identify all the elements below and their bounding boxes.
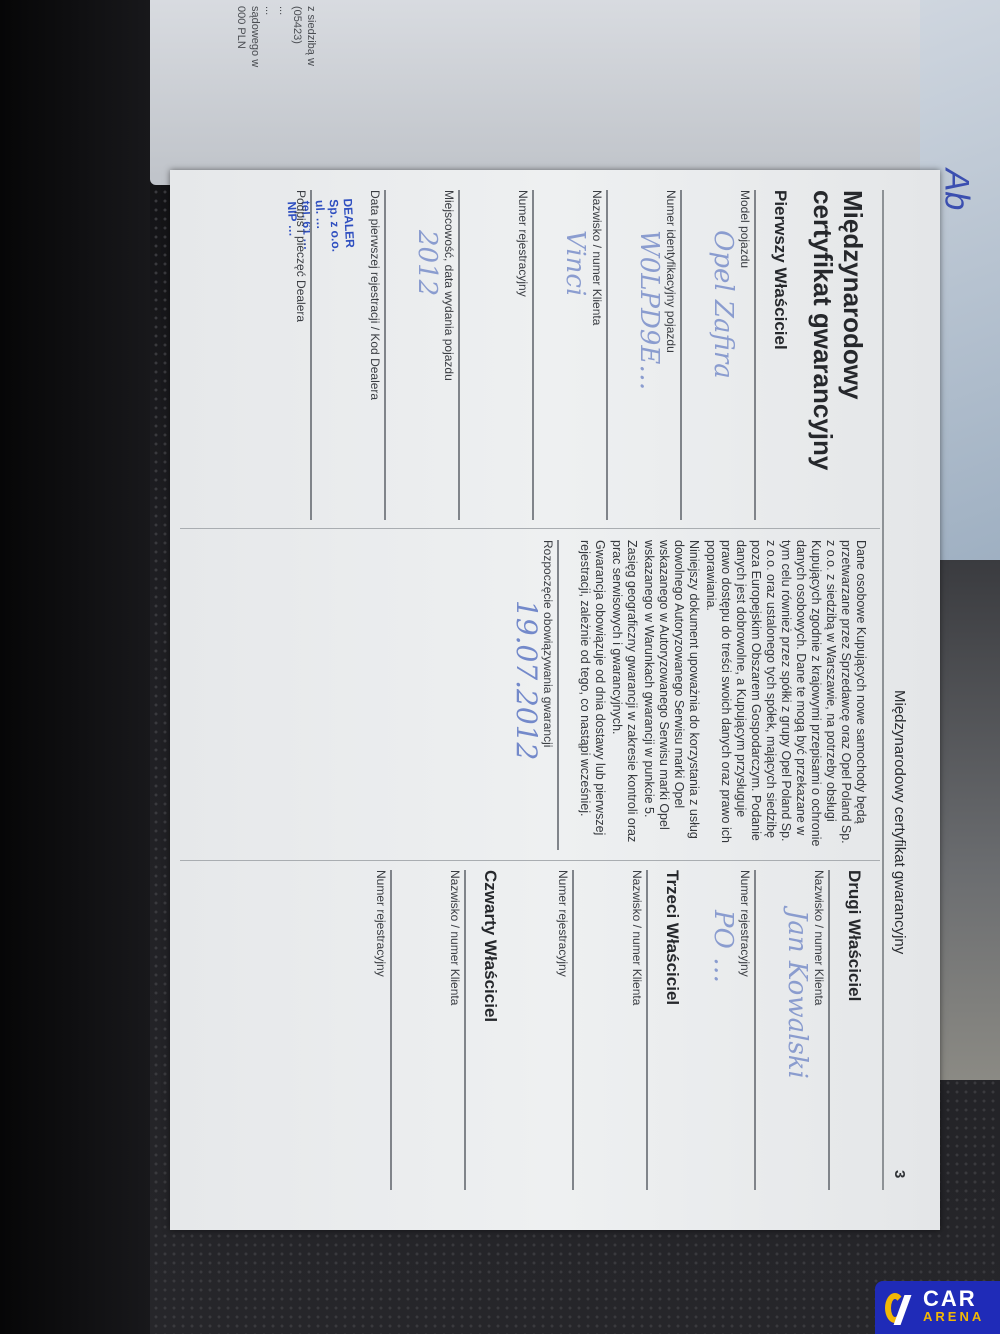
form-field: Nazwisko / numer Klienta xyxy=(400,870,466,1190)
privacy-text-column: Dane osobowe Kupujących nowe samochody b… xyxy=(485,540,868,850)
field-label: Nazwisko / numer Klienta xyxy=(590,190,606,520)
paragraph: Zasięg geograficzny gwarancji w zakresie… xyxy=(609,540,639,850)
car-arena-watermark: CAR ARENA xyxy=(875,1281,1000,1334)
stamp-line: Sp. z o.o. xyxy=(327,199,344,252)
previous-page-line: ... xyxy=(276,6,290,179)
previous-page-text: z siedzibą w(05423)......sądowego w000 P… xyxy=(150,0,320,185)
form-field: Nazwisko / numer KlientaVinci xyxy=(542,190,608,520)
field-label: Model pojazdu xyxy=(738,190,754,520)
first-owner-column: Międzynarodowy certyfikat gwarancyjny Pi… xyxy=(238,190,868,520)
field-label: Nazwisko / numer Klienta xyxy=(630,870,646,1190)
previous-page: z siedzibą w(05423)......sądowego w000 P… xyxy=(150,0,920,185)
dealer-signature-field: Podpis i pieczęć Dealera xyxy=(246,190,312,520)
owner-heading: Trzeci Właściciel xyxy=(662,870,682,1190)
paragraph: Niniejszy dokument upoważnia do korzysta… xyxy=(641,540,701,850)
seat-shadow xyxy=(0,0,150,1334)
form-field: Numer rejestracyjny xyxy=(508,870,574,1190)
field-label: Rozpoczęcie obowiązywania gwarancji xyxy=(541,540,557,850)
previous-page-line: z siedzibą w xyxy=(304,6,318,179)
column-divider xyxy=(180,860,880,861)
paragraph: Dane osobowe Kupujących nowe samochody b… xyxy=(703,540,868,850)
field-label: Numer rejestracyjny xyxy=(556,870,572,1190)
field-label: Nazwisko / numer Klienta xyxy=(448,870,464,1190)
form-field: Numer rejestracyjny xyxy=(468,190,534,520)
privacy-text: Dane osobowe Kupujących nowe samochody b… xyxy=(577,540,868,850)
field-label: Data pierwszej rejestracji / Kod Dealera xyxy=(368,190,384,520)
first-owner-heading: Pierwszy Właściciel xyxy=(770,190,790,520)
handwritten-entry: Opel Zafira xyxy=(708,230,738,379)
owner-heading: Drugi Właściciel xyxy=(844,870,864,1190)
form-field: Miejscowość, data wydania pojazdu2012 xyxy=(394,190,460,520)
handwritten-entry: Jan Kowalski xyxy=(782,910,812,1079)
watermark-line1: CAR xyxy=(923,1290,984,1308)
field-label: Nazwisko / numer Klienta xyxy=(812,870,828,1190)
header-rule xyxy=(882,190,884,1190)
field-label: Podpis i pieczęć Dealera xyxy=(294,190,310,520)
previous-page-line: sądowego w xyxy=(248,6,262,179)
warranty-page: Międzynarodowy certyfikat gwarancyjny 3 … xyxy=(170,170,940,1230)
form-field: Numer identyfikacyjny pojazduW0LPD9E… xyxy=(616,190,682,520)
handwritten-entry: W0LPD9E… xyxy=(634,230,664,390)
field-label: Numer identyfikacyjny pojazdu xyxy=(664,190,680,520)
field-label: Numer rejestracyjny xyxy=(374,870,390,1190)
form-field: Model pojazduOpel Zafira xyxy=(690,190,756,520)
handwritten-entry: 2012 xyxy=(412,230,442,296)
field-label: Miejscowość, data wydania pojazdu xyxy=(442,190,458,520)
warranty-start-field: Rozpoczęcie obowiązywania gwarancji 19.0… xyxy=(493,540,559,850)
running-head: Międzynarodowy certyfikat gwarancyjny xyxy=(891,690,908,954)
previous-page-line: 000 PLN xyxy=(234,6,248,179)
handwritten-date: 19.07.2012 xyxy=(510,600,543,760)
handwritten-entry: Vinci xyxy=(560,230,590,296)
form-field: Numer rejestracyjny xyxy=(326,870,392,1190)
field-label: Numer rejestracyjny xyxy=(738,870,754,1190)
handwritten-entry: PO … xyxy=(708,910,738,983)
form-field: Data pierwszej rejestracji / Kod Dealera… xyxy=(320,190,386,520)
column-divider xyxy=(180,528,880,529)
form-field: Numer rejestracyjnyPO … xyxy=(690,870,756,1190)
previous-page-line: ... xyxy=(262,6,276,179)
page-number: 3 xyxy=(891,1170,908,1178)
car-arena-logo-icon xyxy=(885,1291,915,1325)
later-owners-column: Drugi WłaścicielNazwisko / numer Klienta… xyxy=(318,870,868,1190)
field-label: Numer rejestracyjny xyxy=(516,190,532,520)
stamp-line: DEALER xyxy=(341,198,358,251)
certificate-title: Międzynarodowy certyfikat gwarancyjny xyxy=(808,190,868,520)
side-handwriting: Ab xyxy=(936,169,975,211)
owner-heading: Czwarty Właściciel xyxy=(480,870,500,1190)
stamp-line: ul. … xyxy=(313,200,330,253)
form-field: Nazwisko / numer Klienta xyxy=(582,870,648,1190)
previous-page-line: (05423) xyxy=(290,6,304,179)
form-field: Nazwisko / numer KlientaJan Kowalski xyxy=(764,870,830,1190)
paragraph: Gwarancja obowiązuje od dnia dostawy lub… xyxy=(577,540,607,850)
watermark-line2: ARENA xyxy=(923,1308,984,1326)
